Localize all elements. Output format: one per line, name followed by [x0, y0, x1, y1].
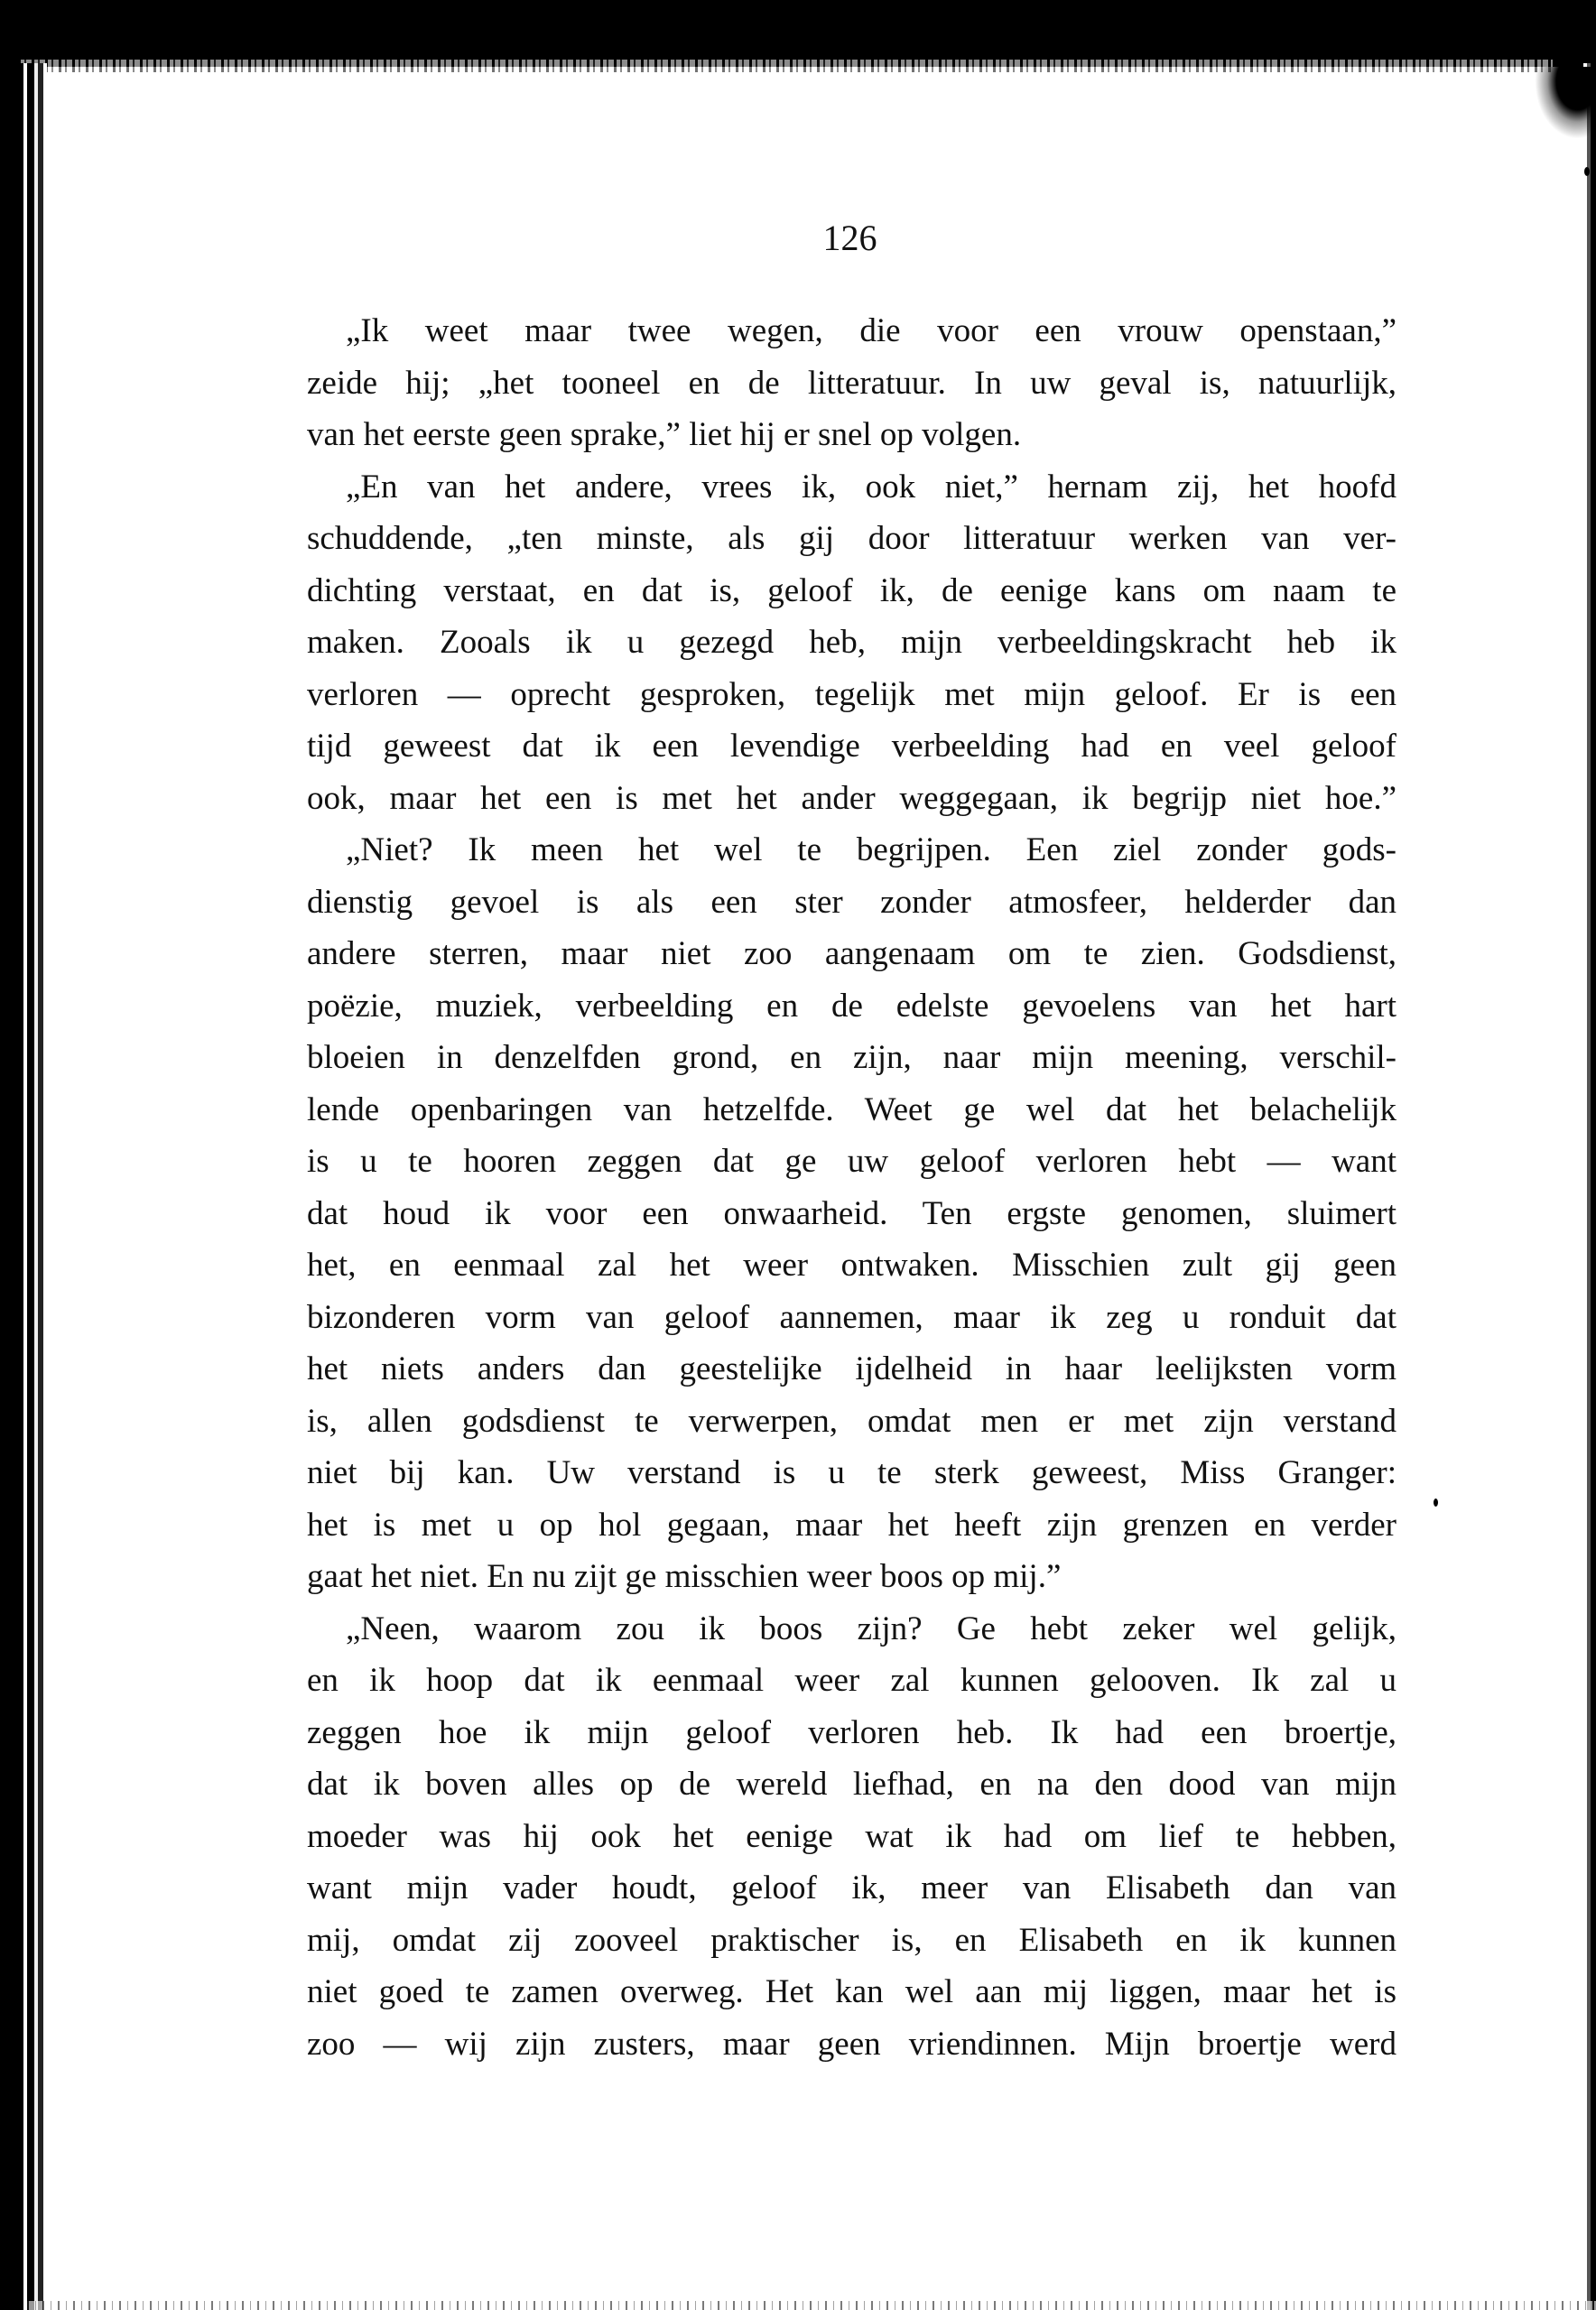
text-line: gaat het niet. En nu zijt ge misschien w… — [307, 1551, 1396, 1603]
text-line: bizonderen vorm van geloof aannemen, maa… — [307, 1292, 1396, 1344]
scan-binding-edge — [0, 63, 47, 2310]
text-line: verloren — oprecht gesproken, tegelijk m… — [307, 669, 1396, 721]
text-line: zeggen hoe ik mijn geloof verloren heb. … — [307, 1707, 1396, 1759]
scan-bottom-noise — [27, 2301, 1596, 2310]
text-line: dat houd ik voor een onwaarheid. Ten erg… — [307, 1188, 1396, 1240]
scan-speck — [1584, 167, 1590, 176]
scan-speck — [1434, 1498, 1438, 1507]
text-line: is, allen godsdienst te verwerpen, omdat… — [307, 1396, 1396, 1448]
text-line: dichting verstaat, en dat is, geloof ik,… — [307, 565, 1396, 617]
scan-top-border-noise — [18, 60, 1553, 72]
text-line: poëzie, muziek, verbeelding en de edelst… — [307, 980, 1396, 1033]
text-line: maken. Zooals ik u gezegd heb, mijn verb… — [307, 617, 1396, 669]
text-line: het, en eenmaal zal het weer ontwaken. M… — [307, 1239, 1396, 1292]
text-line: zoo — wij zijn zusters, maar geen vriend… — [307, 2018, 1396, 2071]
text-line: is u te hooren zeggen dat ge uw geloof v… — [307, 1136, 1396, 1188]
text-line: „Neen, waarom zou ik boos zijn? Ge hebt … — [307, 1603, 1396, 1656]
text-line: „Ik weet maar twee wegen, die voor een v… — [307, 305, 1396, 357]
page-number: 126 — [0, 217, 1596, 260]
text-line: andere sterren, maar niet zoo aangenaam … — [307, 928, 1396, 980]
text-line: niet bij kan. Uw verstand is u te sterk … — [307, 1447, 1396, 1499]
text-line: niet goed te zamen overweg. Het kan wel … — [307, 1966, 1396, 2018]
scan-right-edge — [1583, 63, 1596, 2310]
text-line: moeder was hij ook het eenige wat ik had… — [307, 1811, 1396, 1863]
text-line: van het eerste geen sprake,” liet hij er… — [307, 409, 1396, 461]
scan-top-border — [0, 0, 1596, 67]
scan-corner-shadow — [1535, 67, 1596, 139]
text-line: en ik hoop dat ik eenmaal weer zal kunne… — [307, 1655, 1396, 1707]
text-line: het niets anders dan geestelijke ijdelhe… — [307, 1343, 1396, 1396]
text-line: dienstig gevoel is als een ster zonder a… — [307, 877, 1396, 929]
text-line: want mijn vader houdt, geloof ik, meer v… — [307, 1862, 1396, 1915]
text-line: lende openbaringen van hetzelfde. Weet g… — [307, 1084, 1396, 1136]
text-line: mij, omdat zij zooveel praktischer is, e… — [307, 1915, 1396, 1967]
text-line: het is met u op hol gegaan, maar het hee… — [307, 1499, 1396, 1552]
text-line: „En van het andere, vrees ik, ook niet,”… — [307, 461, 1396, 514]
text-line: bloeien in denzelfden grond, en zijn, na… — [307, 1032, 1396, 1084]
text-line: schuddende, „ten minste, als gij door li… — [307, 513, 1396, 565]
text-line: zeide hij; „het tooneel en de litteratuu… — [307, 357, 1396, 410]
text-line: dat ik boven alles op de wereld liefhad,… — [307, 1758, 1396, 1811]
body-text: „Ik weet maar twee wegen, die voor een v… — [307, 305, 1396, 2070]
text-line: tijd geweest dat ik een levendige verbee… — [307, 720, 1396, 773]
text-line: ook, maar het een is met het ander wegge… — [307, 773, 1396, 825]
text-line: „Niet? Ik meen het wel te begrijpen. Een… — [307, 824, 1396, 877]
